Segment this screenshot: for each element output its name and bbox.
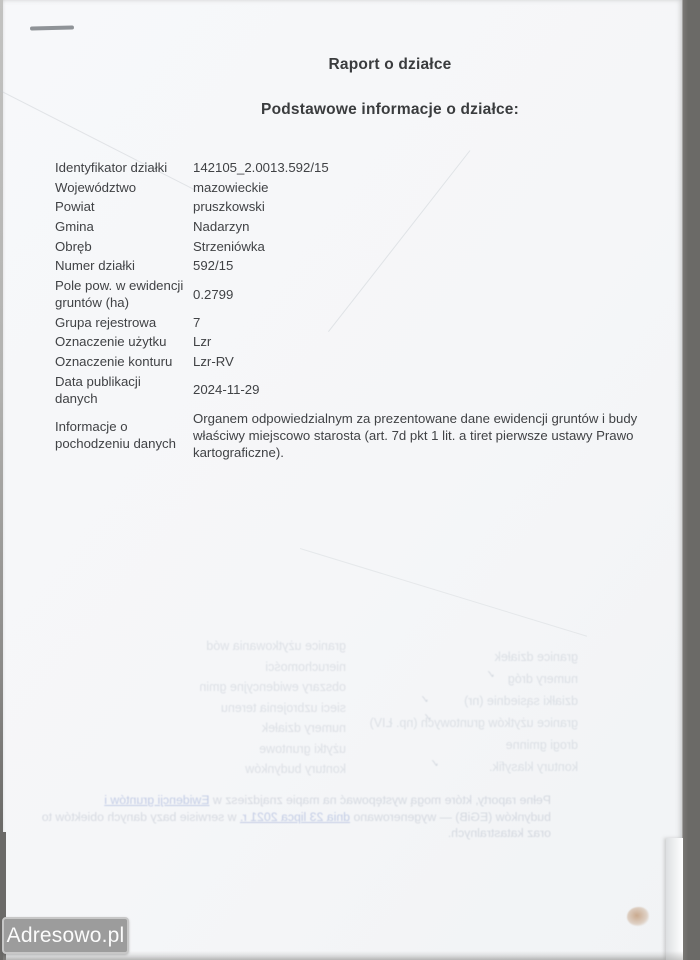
- page-title: Raport o działce: [329, 56, 452, 74]
- field-value: pruszkowski: [193, 198, 691, 215]
- table-row: GminaNadarzyn: [55, 217, 691, 237]
- table-row: Oznaczenie użytkuLzr: [55, 332, 691, 352]
- scanned-report-page: { "report": { "title": "Raport o działce…: [0, 0, 700, 960]
- field-label: Oznaczenie konturu: [55, 353, 193, 370]
- table-row: Identyfikator działki142105_2.0013.592/1…: [55, 158, 691, 178]
- field-label: Gmina: [55, 218, 193, 235]
- report-table: Identyfikator działki142105_2.0013.592/1…: [55, 158, 691, 462]
- table-row: Numer działki592/15: [55, 256, 691, 276]
- watermark-label: Adresowo.pl: [7, 924, 125, 948]
- bleedthrough-legend-left: granice użytkowania wódnieruchomościobsz…: [130, 636, 346, 780]
- field-value: 2024-11-29: [193, 381, 691, 398]
- table-row: Oznaczenie konturuLzr-RV: [55, 352, 691, 372]
- field-value: 592/15: [193, 257, 691, 274]
- section-title: Podstawowe informacje o działce:: [261, 101, 519, 119]
- field-value: Nadarzyn: [193, 218, 691, 235]
- scan-left-edge: [0, 0, 3, 960]
- field-value: Strzeniówka: [193, 238, 691, 255]
- field-value: mazowieckie: [193, 179, 691, 196]
- field-label: Obręb: [55, 238, 193, 255]
- field-label: Data publikacji danych: [55, 373, 193, 407]
- field-value: Lzr: [193, 333, 691, 350]
- table-row: Powiatpruszkowski: [55, 197, 691, 217]
- field-label: Powiat: [55, 198, 193, 215]
- table-row: Informacje o pochodzeniu danychOrganem o…: [55, 408, 691, 462]
- field-value: 7: [193, 314, 691, 331]
- table-row: Województwomazowieckie: [55, 178, 691, 198]
- bleed-footer: Pełne raporty, które mogą występować na …: [35, 792, 551, 842]
- field-value: 142105_2.0013.592/15: [193, 159, 691, 176]
- under-sheet-edge: [666, 838, 683, 960]
- bleedthrough-legend-right: granice działeknumery drógdziałki sąsied…: [363, 646, 578, 778]
- field-value: Organem odpowiedzialnym za prezentowane …: [193, 410, 685, 461]
- table-row: Grupa rejestrowa7: [55, 313, 691, 333]
- field-label: Identyfikator działki: [55, 159, 193, 176]
- adresowo-watermark: Adresowo.pl: [2, 917, 129, 954]
- table-row: Pole pow. w ewidencji gruntów (ha)0.2799: [55, 276, 691, 313]
- field-value: 0.2799: [193, 286, 691, 303]
- table-row: Data publikacji danych2024-11-29: [55, 371, 691, 408]
- field-label: Województwo: [55, 179, 193, 196]
- field-label: Informacje o pochodzeniu danych: [55, 418, 193, 452]
- field-label: Pole pow. w ewidencji gruntów (ha): [55, 277, 193, 311]
- field-value: Lzr-RV: [193, 353, 691, 370]
- field-label: Oznaczenie użytku: [55, 333, 193, 350]
- table-row: ObrębStrzeniówka: [55, 236, 691, 256]
- paper-stain: [627, 907, 649, 926]
- field-label: Grupa rejestrowa: [55, 314, 193, 331]
- scan-right-background: [682, 0, 700, 960]
- field-label: Numer działki: [55, 257, 193, 274]
